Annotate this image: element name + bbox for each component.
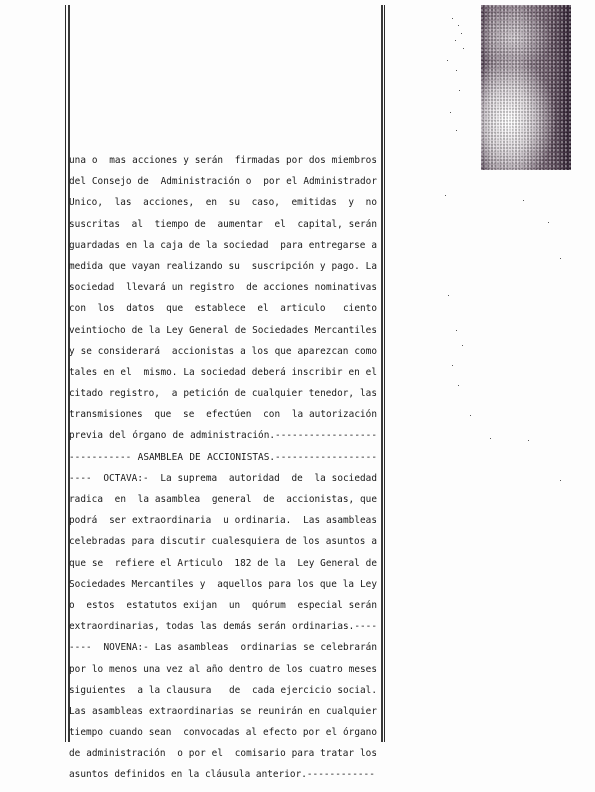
- scan-noise-speck: [452, 18, 453, 19]
- document-text-line: asuntos definidos en la cláusula anterio…: [69, 764, 377, 785]
- document-text-line: podrá ser extraordinaria u ordinaria. La…: [69, 510, 377, 531]
- scanned-document-page: una o mas acciones y serán firmadas por …: [0, 0, 595, 792]
- document-text-line: ---- OCTAVA:- La suprema autoridad de la…: [69, 468, 377, 489]
- document-text-line: extraordinarias, todas las demás serán o…: [69, 616, 377, 637]
- document-text-line: suscritas al tiempo de aumentar el capit…: [69, 214, 377, 235]
- document-text-line: siguientes a la clausura de cada ejercic…: [69, 680, 377, 701]
- scan-noise-speck: [456, 330, 457, 331]
- right-border-line-inner: [381, 5, 383, 742]
- right-border-line-outer: [384, 5, 385, 742]
- document-text-line: previa del órgano de administración.----…: [69, 425, 377, 446]
- scan-noise-speck: [461, 33, 462, 34]
- scan-noise-speck: [458, 385, 459, 386]
- left-border-line-outer: [65, 5, 66, 742]
- scan-noise-speck: [528, 440, 529, 441]
- scan-noise-speck: [560, 258, 561, 259]
- document-text-line: tiempo cuando sean convocadas al efecto …: [69, 722, 377, 743]
- document-text-line: o estos estatutos exijan un quórum espec…: [69, 595, 377, 616]
- scan-noise-speck: [462, 345, 463, 346]
- document-text-line: radica en la asamblea general de accioni…: [69, 489, 377, 510]
- document-text-line: citado registro, a petición de cualquier…: [69, 383, 377, 404]
- document-text-line: Sociedades Mercantiles y aquellos para l…: [69, 574, 377, 595]
- document-text-line: de administración o por el comisario par…: [69, 743, 377, 764]
- document-text-line: tales en el mismo. La sociedad deberá in…: [69, 362, 377, 383]
- scan-noise-speck: [456, 70, 457, 71]
- document-text-line: y se considerará accionistas a los que a…: [69, 341, 377, 362]
- document-text-line: guardadas en la caja de la sociedad para…: [69, 235, 377, 256]
- scan-noise-speck: [448, 295, 449, 296]
- scan-noise-speck: [490, 438, 491, 439]
- scan-noise-speck: [456, 130, 457, 131]
- document-text-line: del Consejo de Administración o por el A…: [69, 171, 377, 192]
- scan-noise-speck: [458, 25, 459, 26]
- document-text-line: Unico, las acciones, en su caso, emitida…: [69, 192, 377, 213]
- scan-noise-speck: [452, 365, 453, 366]
- document-text-line: por lo menos una vez al año dentro de lo…: [69, 659, 377, 680]
- scan-noise-speck: [560, 480, 561, 481]
- scan-noise-speck: [548, 222, 549, 223]
- scan-noise-speck: [459, 90, 460, 91]
- document-text-line: con los datos que establece el articulo …: [69, 298, 377, 319]
- scan-noise-speck: [470, 415, 471, 416]
- scan-noise-speck: [445, 195, 446, 196]
- document-text-line: ---- NOVENA:- Las asambleas ordinarias s…: [69, 637, 377, 658]
- document-text-line: una o mas acciones y serán firmadas por …: [69, 150, 377, 171]
- scan-noise-speck: [447, 60, 448, 61]
- document-body: una o mas acciones y serán firmadas por …: [69, 150, 377, 786]
- scan-noise-speck: [455, 40, 456, 41]
- document-text-line: transmisiones que se efectúen con la aut…: [69, 404, 377, 425]
- document-text-line: Las asambleas extraordinarias se reunirá…: [69, 701, 377, 722]
- document-text-line: veintiocho de la Ley General de Sociedad…: [69, 320, 377, 341]
- scan-shadow-artifact: [481, 5, 571, 170]
- scan-noise-speck: [463, 48, 464, 49]
- scan-noise-speck: [450, 112, 451, 113]
- scan-noise-speck: [523, 200, 524, 201]
- document-text-line: que se refiere el Articulo 182 de la Ley…: [69, 553, 377, 574]
- document-text-line: medida que vayan realizando su suscripci…: [69, 256, 377, 277]
- document-text-line: celebradas para discutir cualesquiera de…: [69, 531, 377, 552]
- document-text-line: sociedad llevará un registro de acciones…: [69, 277, 377, 298]
- document-text-line: ----------- ASAMBLEA DE ACCIONISTAS.----…: [69, 447, 377, 468]
